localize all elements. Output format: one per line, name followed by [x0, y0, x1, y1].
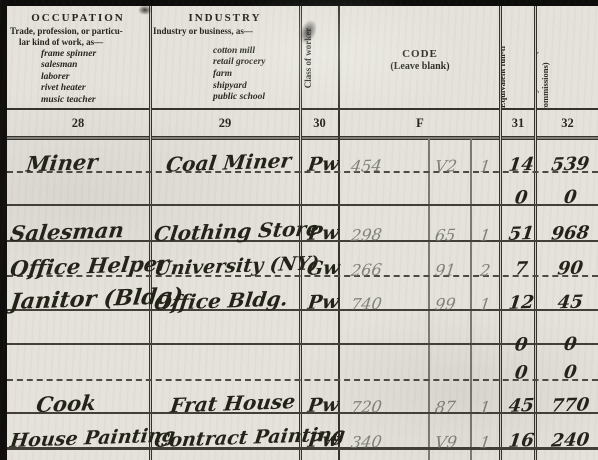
- column-number-29: 29: [151, 110, 299, 136]
- class-of-worker-entry: Gw: [303, 259, 344, 279]
- entry-row-4: Office Helper University (NY) Gw 266 91 …: [7, 242, 598, 277]
- wages-entry: 90: [539, 259, 598, 279]
- column-number-32: 32: [537, 110, 598, 136]
- header-weeks-cell: Number of weeks w (Equivalent full-ti: [502, 6, 534, 108]
- class-of-worker-entry: Pw: [303, 155, 344, 175]
- entry-row-6: 0 0: [7, 311, 598, 345]
- occupation-entry: Cook: [9, 390, 154, 416]
- entry-row-3: Salesman Clothing Store Pw 298 65 1 51 9…: [7, 206, 598, 242]
- wages-entry: 240: [539, 431, 598, 451]
- wages-entry: 539: [539, 155, 598, 175]
- class-of-worker-title: Class of worker: [303, 8, 314, 108]
- occupation-entry: Miner: [9, 149, 154, 175]
- header-class-of-worker-cell: Class of worker: [301, 6, 338, 108]
- occupation-entry: Office Helper: [9, 253, 154, 279]
- header-industry-cell: INDUSTRY Industry or business, as— cotto…: [151, 6, 299, 108]
- industry-subtitle: Industry or business, as—: [153, 26, 299, 37]
- entry-row-7: 0 0: [7, 345, 598, 381]
- column-number-30: 30: [301, 110, 338, 136]
- industry-example: public school: [213, 92, 299, 104]
- column-number-F: F: [341, 110, 499, 136]
- occupation-subtitle-line2: lar kind of work, as—: [19, 37, 149, 48]
- census-schedule-scan: OCCUPATION Trade, profession, or particu…: [0, 0, 598, 460]
- industry-entry: Frat House: [153, 391, 304, 416]
- occupation-example: frame spinner: [41, 49, 149, 61]
- occupation-entry: Janitor (Bldg): [9, 286, 154, 313]
- class-of-worker-entry: Pw: [303, 224, 344, 244]
- header-occupation-cell: OCCUPATION Trade, profession, or particu…: [7, 6, 149, 108]
- weeks-worked-entry: 16: [503, 432, 539, 451]
- header-code-cell: CODE (Leave blank): [341, 6, 499, 108]
- industry-example: cotton mill: [213, 46, 299, 58]
- column-number-row: 28 29 30 F 31 32: [7, 110, 598, 136]
- occupation-subtitle-line1: Trade, profession, or particu-: [10, 26, 123, 36]
- occupation-subtitle: Trade, profession, or particu-lar kind o…: [10, 26, 149, 48]
- column-number-28: 28: [7, 110, 149, 136]
- code-entry-3: 1: [479, 434, 505, 451]
- occupation-example: laborer: [41, 72, 149, 84]
- code-entry-1: 340: [350, 432, 432, 451]
- entry-row-1: Miner Coal Miner Pw 454 V2 1 14 539: [7, 140, 598, 173]
- entry-row-8: Cook Frat House Pw 720 87 1 45 770: [7, 381, 598, 414]
- occupation-example: music teacher: [41, 95, 149, 107]
- code-title: CODE: [341, 48, 499, 60]
- code-subtitle: (Leave blank): [341, 61, 499, 72]
- industry-examples: cotton mill retail grocery farm shipyard…: [213, 46, 299, 104]
- occupation-title: OCCUPATION: [7, 12, 149, 24]
- class-of-worker-entry: Pw: [303, 396, 344, 416]
- industry-entry: Coal Miner: [153, 150, 304, 175]
- industry-title: INDUSTRY: [151, 12, 299, 24]
- wages-title: Amount of money w salary received (in co…: [537, 6, 551, 108]
- wages-title-line3: commissions): [540, 6, 551, 108]
- occupation-examples: frame spinner salesman laborer rivet hea…: [41, 49, 149, 107]
- weeks-title-line2: (Equivalent full-ti: [502, 6, 508, 108]
- scan-top-edge: [0, 0, 598, 6]
- wages-entry: 45: [539, 293, 598, 313]
- occupation-entry: House Painting: [9, 427, 154, 451]
- industry-example: farm: [213, 69, 299, 81]
- occupation-entry: Salesman: [9, 218, 154, 244]
- wages-entry: 770: [539, 396, 598, 416]
- entry-row-9: House Painting Contract Painting Pw 340 …: [7, 414, 598, 450]
- industry-entry: Contract Painting: [153, 427, 304, 451]
- industry-example: retail grocery: [213, 57, 299, 69]
- industry-example: shipyard: [213, 81, 299, 93]
- wages-entry: 0: [539, 363, 598, 383]
- occupation-example: rivet heater: [41, 83, 149, 95]
- scan-left-edge: [0, 0, 7, 460]
- industry-entry: University (NY): [153, 255, 304, 279]
- header-wages-cell: Amount of money w salary received (in co…: [537, 6, 598, 108]
- wages-entry: 0: [539, 188, 598, 208]
- column-number-31: 31: [502, 110, 534, 136]
- entry-row-5: Janitor (Bldg) Office Bldg. Pw 740 99 1 …: [7, 277, 598, 311]
- code-entry-2: V9: [434, 434, 476, 451]
- industry-entry: Office Bldg.: [153, 288, 304, 313]
- class-of-worker-entry: Pw: [303, 431, 344, 451]
- wages-entry: 968: [539, 224, 598, 244]
- industry-entry: Clothing Store: [153, 219, 304, 244]
- class-of-worker-entry: Pw: [303, 293, 344, 313]
- entry-row-2: 0 0: [7, 173, 598, 206]
- weeks-title: Number of weeks w (Equivalent full-ti: [502, 6, 508, 108]
- occupation-example: salesman: [41, 60, 149, 72]
